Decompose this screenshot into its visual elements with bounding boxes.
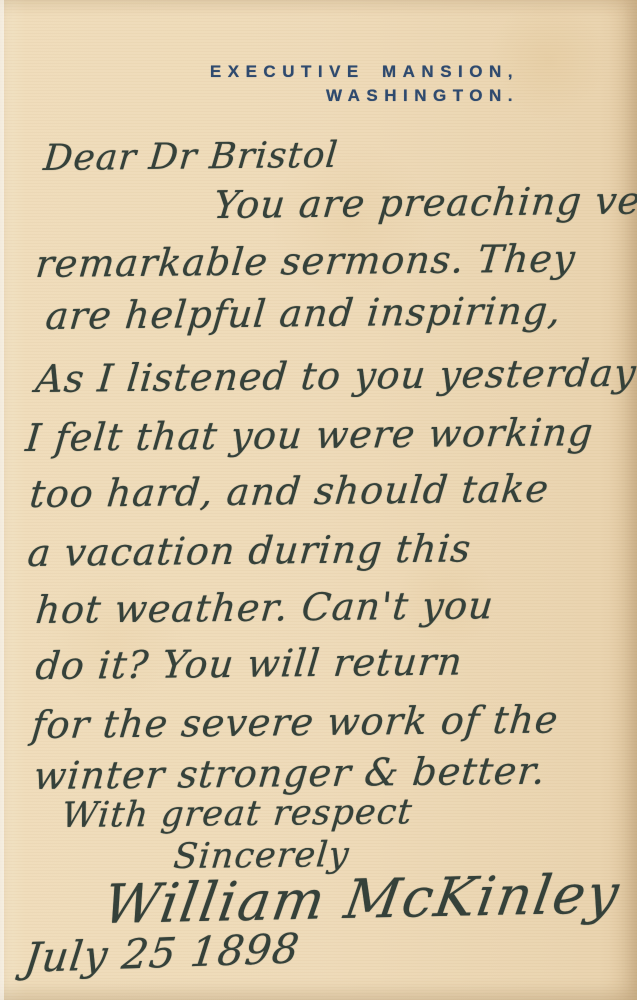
letterhead: EXECUTIVE MANSION, WASHINGTON.: [210, 60, 519, 108]
handwriting-line: remarkable sermons. They: [34, 239, 577, 283]
handwriting-line: for the severe work of the: [30, 700, 560, 744]
handwriting-line: are helpful and inspiring,: [44, 292, 563, 335]
handwriting-line: a vacation during this: [26, 529, 473, 572]
handwriting-line: I felt that you were working: [24, 413, 595, 457]
signature: William McKinley: [100, 867, 624, 932]
handwriting-line: hot weather. Can't you: [34, 586, 496, 629]
handwriting-line: winter stronger & better.: [32, 752, 547, 795]
handwriting-line: do it? You will return: [34, 643, 465, 685]
handwriting-line: too hard, and should take: [28, 470, 551, 513]
letter-page: EXECUTIVE MANSION, WASHINGTON. Dear Dr B…: [0, 0, 637, 1000]
letterhead-line2: WASHINGTON.: [210, 84, 519, 108]
handwriting-line: You are preaching very: [212, 181, 637, 224]
salutation: Dear Dr Bristol: [42, 138, 340, 177]
date-line: July 25 1898: [22, 928, 302, 979]
letterhead-line1: EXECUTIVE MANSION,: [210, 60, 519, 84]
handwriting-line: As I listened to you yesterday: [34, 354, 637, 398]
closing-respect: With great respect: [60, 795, 414, 834]
